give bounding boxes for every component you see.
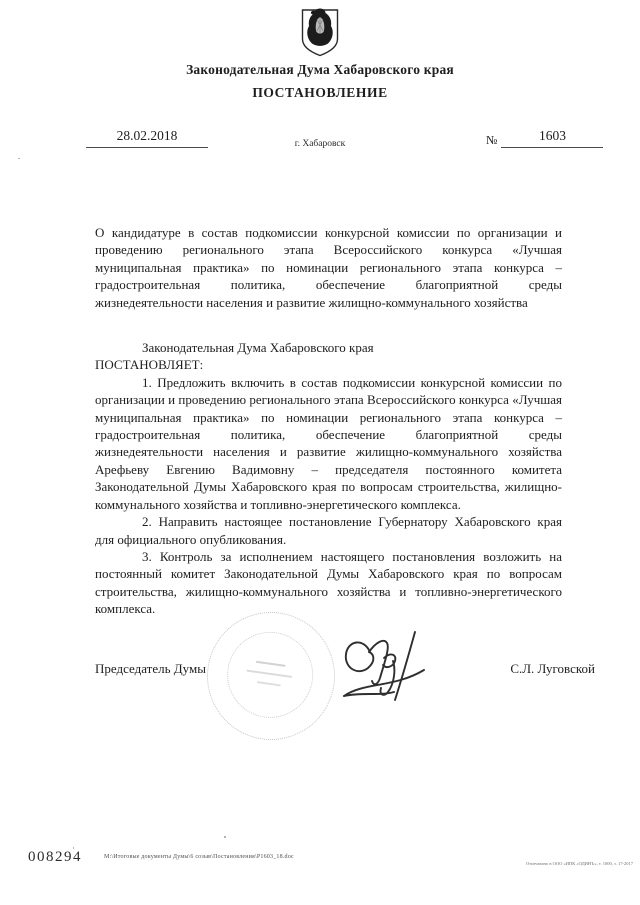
org-name: Законодательная Дума Хабаровского края [0, 62, 640, 78]
emblem-container [0, 7, 640, 62]
resolution-item-3: 3. Контроль за исполнением настоящего по… [95, 548, 562, 618]
doc-number: 1603 [501, 128, 603, 148]
document-page: Законодательная Дума Хабаровского края П… [0, 0, 640, 905]
resolution-item-2: 2. Направить настоящее постановление Губ… [95, 513, 562, 548]
print-shop-note: Отпечатано в ООО «ИПК «ОДИНЪ», т. 1000, … [526, 861, 633, 866]
doc-place: г. Хабаровск [295, 139, 345, 149]
scan-speck [224, 836, 226, 838]
signer-name: С.Л. Луговской [510, 661, 595, 677]
resolution-item-1: 1. Предложить включить в состав подкомис… [95, 374, 562, 513]
coat-of-arms-icon [296, 7, 344, 62]
preamble-line: Законодательная Дума Хабаровского края [95, 339, 562, 356]
document-body: О кандидатуре в состав подкомиссии конку… [95, 224, 562, 618]
subject-paragraph: О кандидатуре в состав подкомиссии конку… [95, 224, 562, 311]
round-stamp-icon [199, 604, 344, 749]
resolves-line: ПОСТАНОВЛЯЕТ: [95, 356, 562, 373]
date-number-row: 28.02.2018 г. Хабаровск №1603 [0, 128, 640, 162]
registration-number: 008294 [28, 849, 82, 866]
scan-speck [18, 158, 20, 159]
handwritten-signature-icon [336, 630, 436, 717]
signer-title: Председатель Думы [95, 661, 206, 677]
doc-type-title: ПОСТАНОВЛЕНИЕ [0, 85, 640, 101]
doc-number-block: №1603 [486, 128, 603, 148]
doc-date: 28.02.2018 [86, 128, 208, 148]
number-sign: № [486, 133, 497, 147]
file-path-note: М:\Итоговые документы Думы\6 созыв\Поста… [104, 854, 294, 860]
scan-speck [73, 847, 74, 849]
